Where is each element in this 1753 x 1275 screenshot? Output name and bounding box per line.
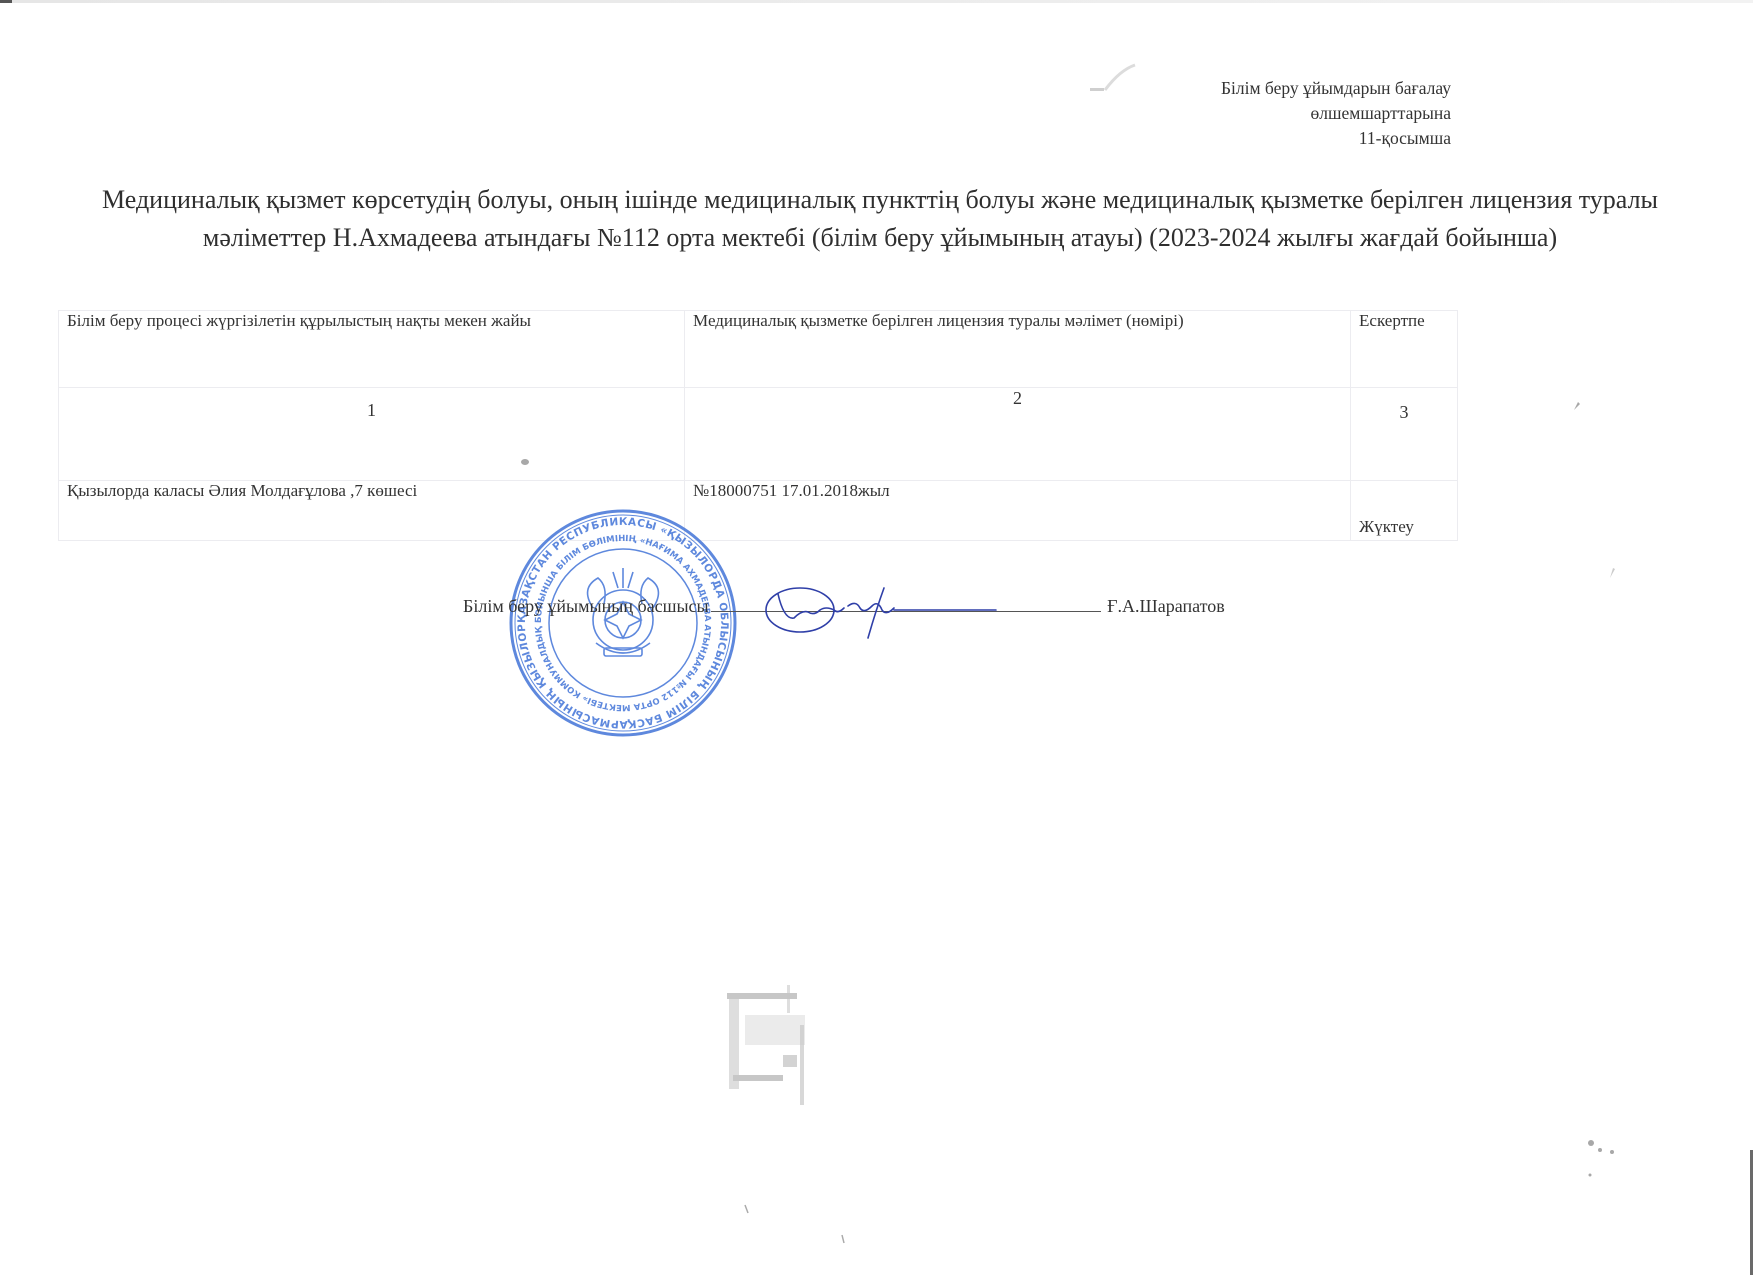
cell-license: №18000751 17.01.2018жыл (685, 481, 1351, 541)
appendix-line-2: өлшемшарттарына (1221, 101, 1451, 126)
appendix-reference: Білім беру ұйымдарын бағалау өлшемшартта… (1221, 76, 1451, 151)
scan-smudge (725, 985, 845, 1105)
table-row: Қызылорда каласы Әлия Молдағұлова ,7 көш… (59, 481, 1458, 541)
scan-edge-top (0, 0, 1753, 3)
official-stamp: ҚАЗАҚСТАН РЕСПУБЛИКАСЫ «ҚЫЗЫЛОРДА ОБЛЫСЫ… (508, 508, 738, 738)
signatory-role: Білім беру ұйымының басшысы (463, 596, 709, 616)
table-column-number-row: 1 2 3 (59, 388, 1458, 481)
column-number-1: 1 (59, 388, 685, 481)
header-note: Ескертпе (1351, 311, 1458, 388)
header-address: Білім беру процесі жүргізілетін құрылыст… (59, 311, 685, 388)
column-number-3: 3 (1351, 388, 1458, 481)
column-number-2: 2 (685, 388, 1351, 481)
cell-note: Жүктеу (1351, 481, 1458, 541)
license-info-table: Білім беру процесі жүргізілетін құрылыст… (58, 310, 1458, 541)
signatory-name: Ғ.А.Шарапатов (1107, 596, 1225, 616)
appendix-line-3: 11-қосымша (1221, 126, 1451, 151)
document-title: Медициналық қызмет көрсетудің болуы, оны… (60, 181, 1700, 257)
header-license: Медициналық қызметке берілген лицензия т… (685, 311, 1351, 388)
appendix-line-1: Білім беру ұйымдарын бағалау (1221, 76, 1451, 101)
handwritten-signature (764, 580, 1004, 640)
table-header-row: Білім беру процесі жүргізілетін құрылыст… (59, 311, 1458, 388)
